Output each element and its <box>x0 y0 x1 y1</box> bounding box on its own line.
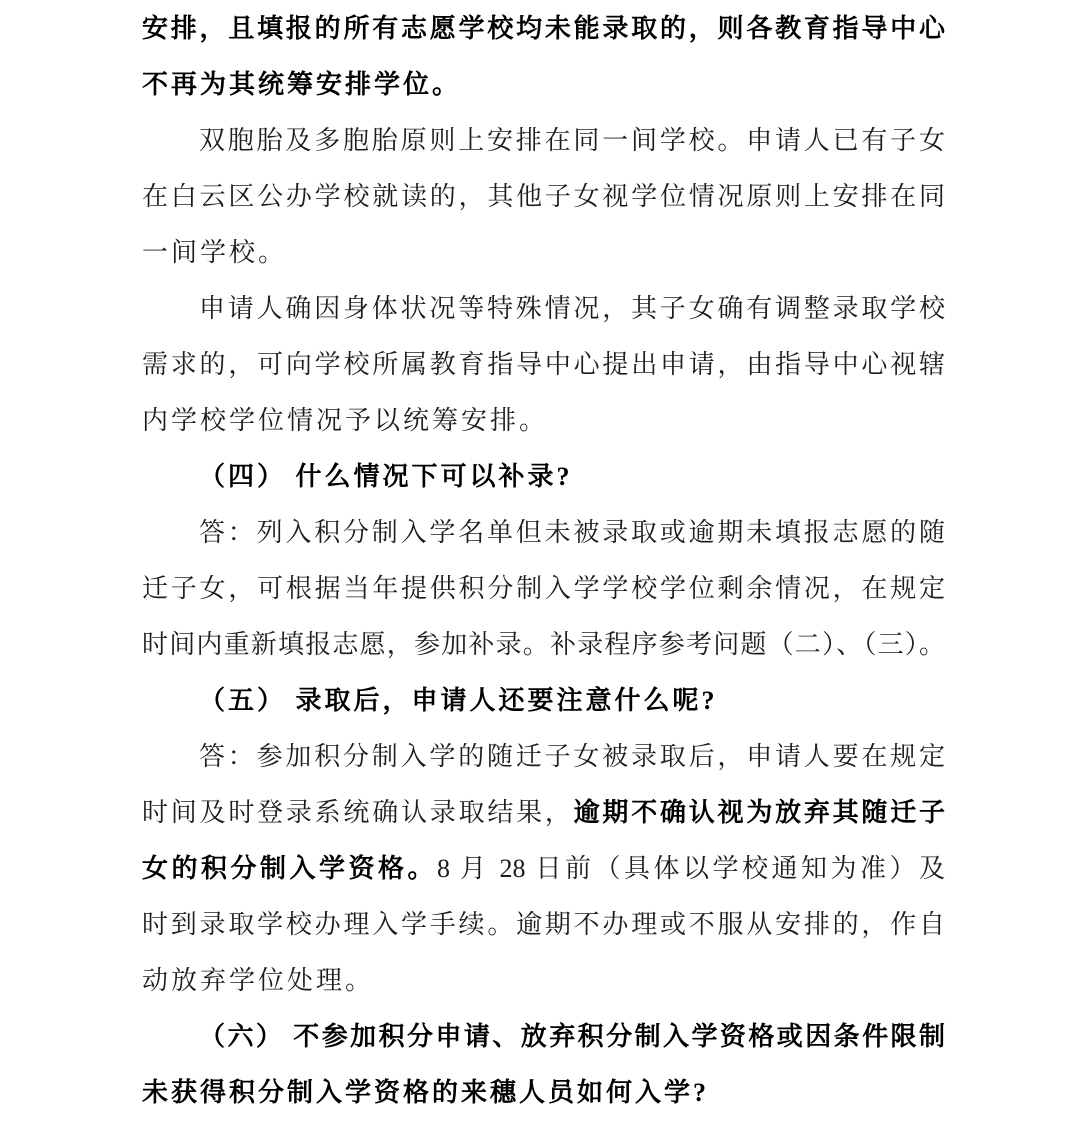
text-run: 答：参加积分制入学的随迁子女被录取后，申请人要在规定 <box>199 742 945 771</box>
text-line: 迁子女，可根据当年提供积分制入学学校学位剩余情况，在规定 <box>142 561 945 617</box>
text-line: 内学校学位情况予以统筹安排。 <box>142 393 945 449</box>
document-body: 安排，且填报的所有志愿学校均未能录取的，则各教育指导中心不再为其统筹安排学位。双… <box>142 1 945 1121</box>
document-page: 安排，且填报的所有志愿学校均未能录取的，则各教育指导中心不再为其统筹安排学位。双… <box>0 0 1080 1127</box>
text-run: 动放弃学位处理。 <box>142 966 374 995</box>
text-run: 时到录取学校办理入学手续。逾期不办理或不服从安排的，作自 <box>142 910 945 939</box>
text-run: 8 月 28 日前（具体以学校通知为准）及 <box>437 854 945 883</box>
bold-text-run: （五） 录取后，申请人还要注意什么呢? <box>199 686 718 715</box>
text-line: 不再为其统筹安排学位。 <box>142 57 945 113</box>
text-line: （六） 不参加积分申请、放弃积分制入学资格或因条件限制 <box>142 1009 945 1065</box>
text-line: 双胞胎及多胞胎原则上安排在同一间学校。申请人已有子女 <box>142 113 945 169</box>
text-run: 申请人确因身体状况等特殊情况，其子女确有调整录取学校 <box>199 294 945 323</box>
text-run: 时间及时登录系统确认录取结果， <box>142 798 574 827</box>
text-run: 答：列入积分制入学名单但未被录取或逾期未填报志愿的随 <box>199 518 945 547</box>
bold-text-run: （四） 什么情况下可以补录? <box>199 462 573 491</box>
text-run: 内学校学位情况予以统筹安排。 <box>142 406 548 435</box>
text-line: 女的积分制入学资格。8 月 28 日前（具体以学校通知为准）及 <box>142 841 945 897</box>
bold-text-run: 女的积分制入学资格。 <box>142 854 437 883</box>
bold-text-run: （六） 不参加积分申请、放弃积分制入学资格或因条件限制 <box>199 1022 945 1051</box>
text-line: 需求的，可向学校所属教育指导中心提出申请，由指导中心视辖 <box>142 337 945 393</box>
text-line: 在白云区公办学校就读的，其他子女视学位情况原则上安排在同 <box>142 169 945 225</box>
bold-text-run: 逾期不确认视为放弃其随迁子 <box>574 798 945 827</box>
text-line: 动放弃学位处理。 <box>142 953 945 1009</box>
text-run: 时间内重新填报志愿，参加补录。补录程序参考问题（二）、（三）。 <box>142 630 945 659</box>
text-line: 未获得积分制入学资格的来穗人员如何入学? <box>142 1065 945 1121</box>
text-line: 时间及时登录系统确认录取结果，逾期不确认视为放弃其随迁子 <box>142 785 945 841</box>
text-run: 在白云区公办学校就读的，其他子女视学位情况原则上安排在同 <box>142 182 945 211</box>
bold-text-run: 未获得积分制入学资格的来穗人员如何入学? <box>142 1078 709 1107</box>
text-run: 需求的，可向学校所属教育指导中心提出申请，由指导中心视辖 <box>142 350 945 379</box>
text-line: 时到录取学校办理入学手续。逾期不办理或不服从安排的，作自 <box>142 897 945 953</box>
text-line: 答：列入积分制入学名单但未被录取或逾期未填报志愿的随 <box>142 505 945 561</box>
text-line: （四） 什么情况下可以补录? <box>142 449 945 505</box>
bold-text-run: 不再为其统筹安排学位。 <box>142 70 461 99</box>
text-line: 答：参加积分制入学的随迁子女被录取后，申请人要在规定 <box>142 729 945 785</box>
text-line: 时间内重新填报志愿，参加补录。补录程序参考问题（二）、（三）。 <box>142 617 945 673</box>
bold-text-run: 安排，且填报的所有志愿学校均未能录取的，则各教育指导中心 <box>142 14 945 43</box>
text-line: 一间学校。 <box>142 225 945 281</box>
text-line: （五） 录取后，申请人还要注意什么呢? <box>142 673 945 729</box>
text-run: 一间学校。 <box>142 238 287 267</box>
text-line: 安排，且填报的所有志愿学校均未能录取的，则各教育指导中心 <box>142 1 945 57</box>
text-run: 双胞胎及多胞胎原则上安排在同一间学校。申请人已有子女 <box>199 126 945 155</box>
text-run: 迁子女，可根据当年提供积分制入学学校学位剩余情况，在规定 <box>142 574 945 603</box>
text-line: 申请人确因身体状况等特殊情况，其子女确有调整录取学校 <box>142 281 945 337</box>
